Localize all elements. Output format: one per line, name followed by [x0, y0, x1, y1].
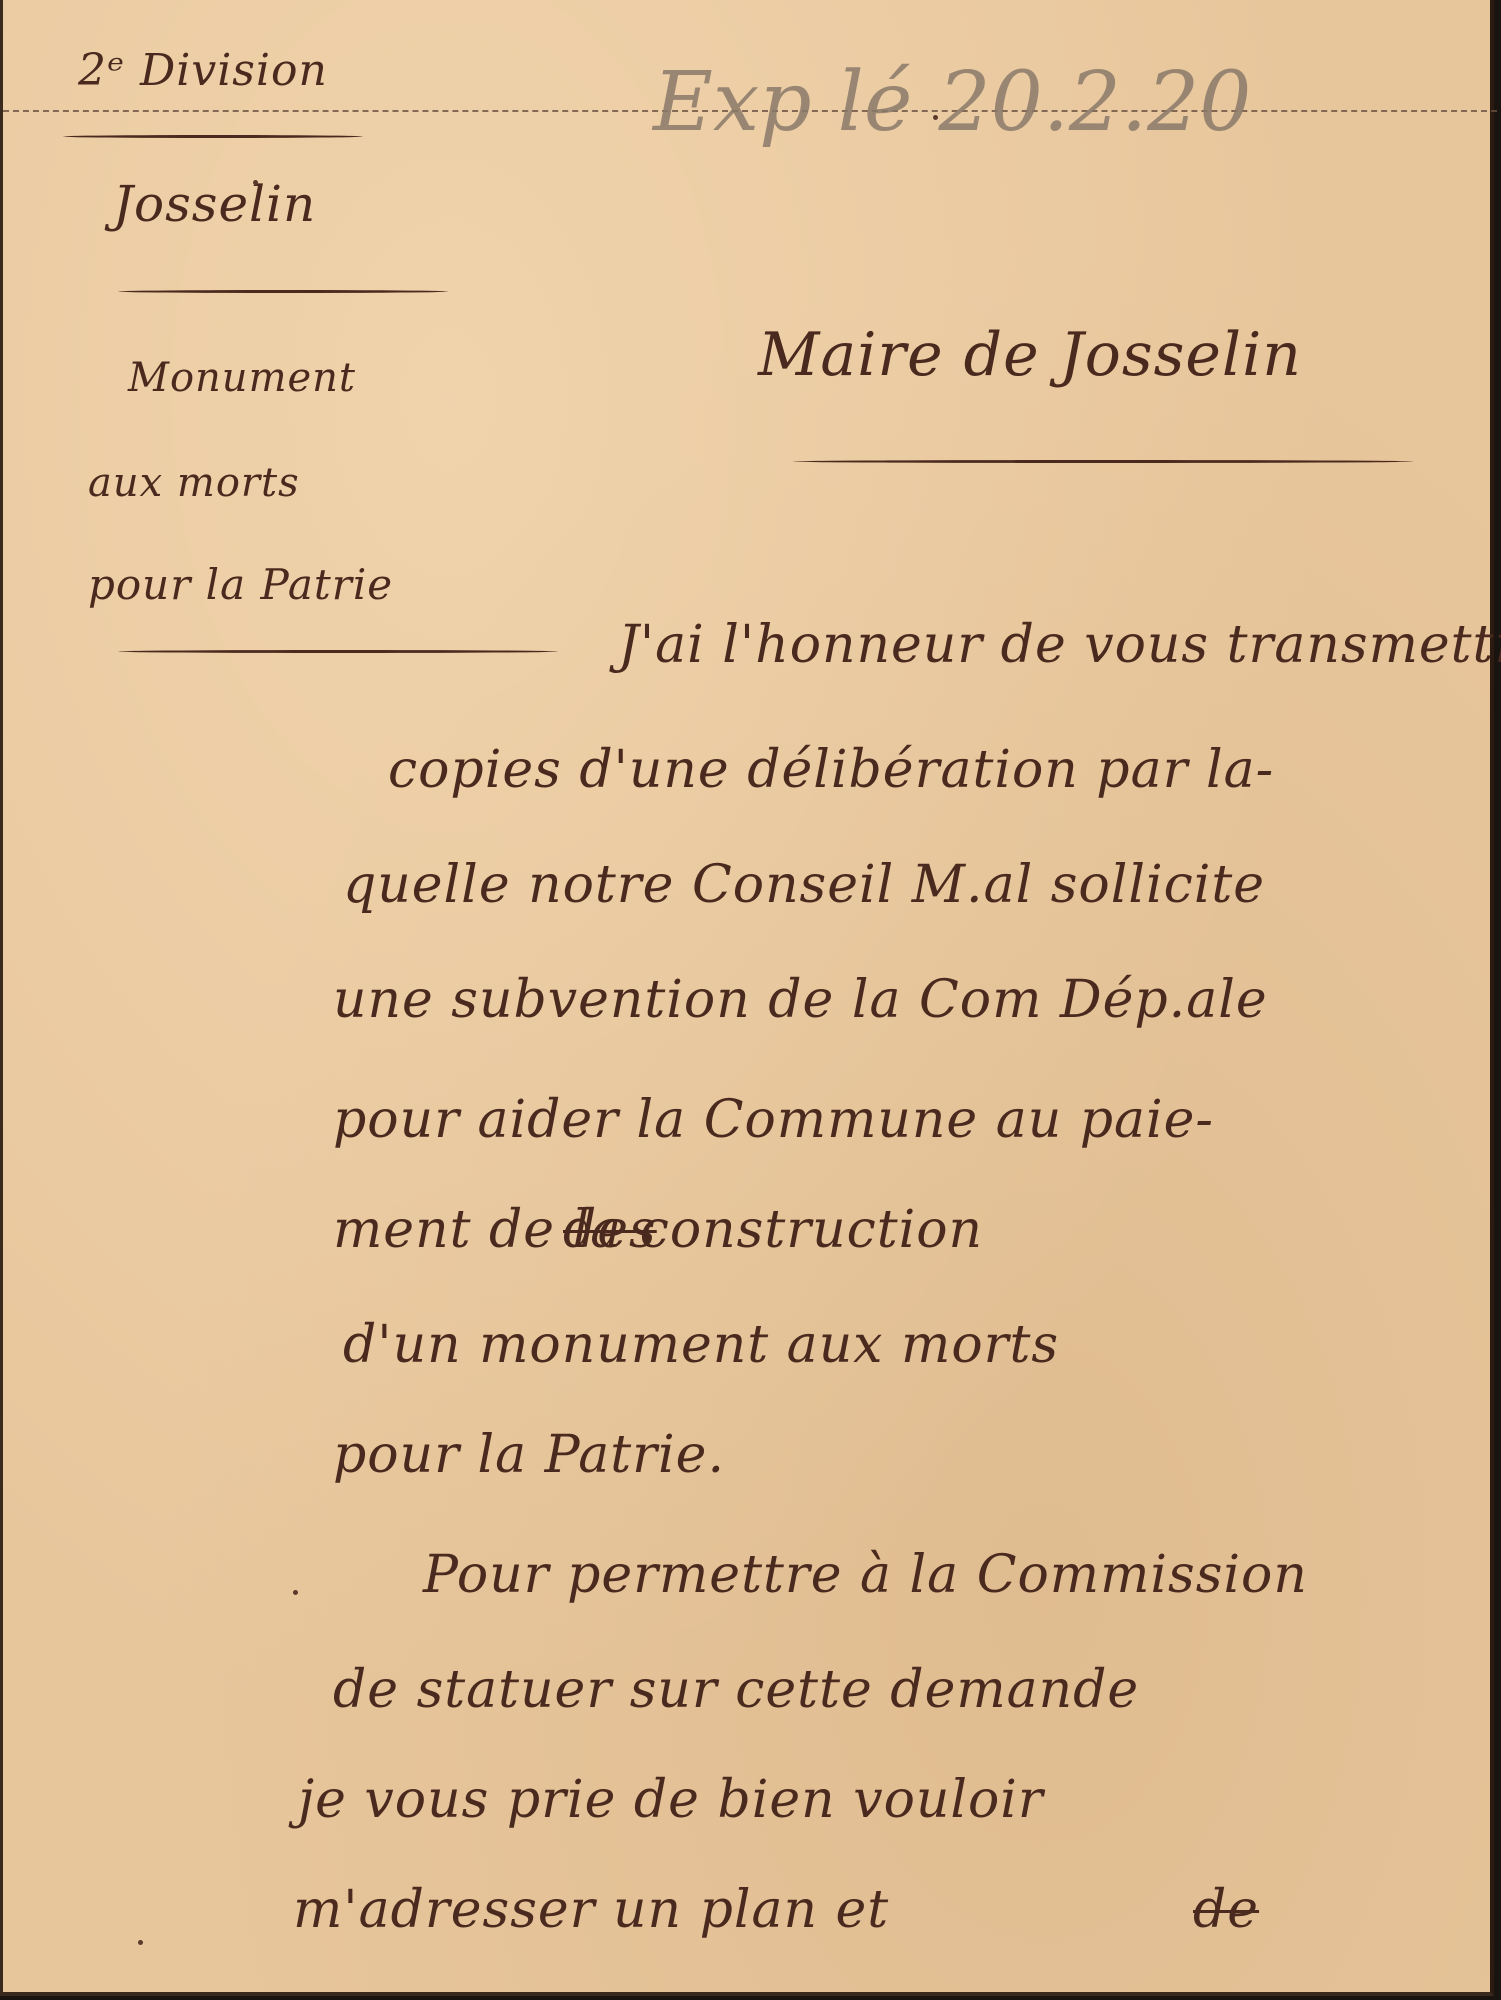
struck-word: des: [563, 1200, 657, 1260]
margin-division: 2ᵉ Division: [78, 45, 328, 96]
sender-underline: [793, 460, 1413, 463]
paper-speck: [253, 180, 258, 185]
document-page: 2ᵉ Division Josselin Monument aux morts …: [0, 0, 1494, 1996]
body-line: je vous prie de bien vouloir: [298, 1770, 1044, 1830]
margin-commune-underline: [118, 290, 448, 293]
body-line: J'ai l'honneur de vous transmettre 2: [618, 615, 1501, 675]
body-line: m'adresser un plan et: [293, 1880, 889, 1940]
body-line: de statuer sur cette demande: [333, 1660, 1139, 1720]
margin-subject-underline: [118, 650, 558, 653]
margin-division-underline: [63, 135, 363, 138]
margin-subject-line3: pour la Patrie: [88, 560, 393, 609]
body-line: quelle notre Conseil M.al sollicite: [343, 855, 1265, 915]
paper-speck: [138, 1940, 143, 1945]
sender-heading: Maire de Josselin: [758, 320, 1302, 390]
body-line: ment de la construction: [333, 1200, 983, 1260]
paper-speck: [933, 115, 938, 120]
margin-subject-line2: aux morts: [88, 460, 300, 506]
body-line: pour la Patrie.: [333, 1425, 725, 1485]
body-line: pour aider la Commune au paie-: [333, 1090, 1214, 1150]
body-line: une subvention de la Com Dép.ale: [333, 970, 1268, 1030]
body-line: d'un monument aux morts: [343, 1315, 1059, 1375]
margin-commune: Josselin: [113, 175, 316, 233]
struck-word: de: [1193, 1880, 1259, 1940]
body-line: copies d'une délibération par la-: [388, 740, 1274, 800]
pencil-annotation-date: Exp lé 20.2.20: [653, 55, 1251, 150]
paper-speck: [293, 1590, 298, 1595]
margin-subject-line1: Monument: [128, 355, 356, 401]
body-line: Pour permettre à la Commission: [423, 1545, 1308, 1605]
